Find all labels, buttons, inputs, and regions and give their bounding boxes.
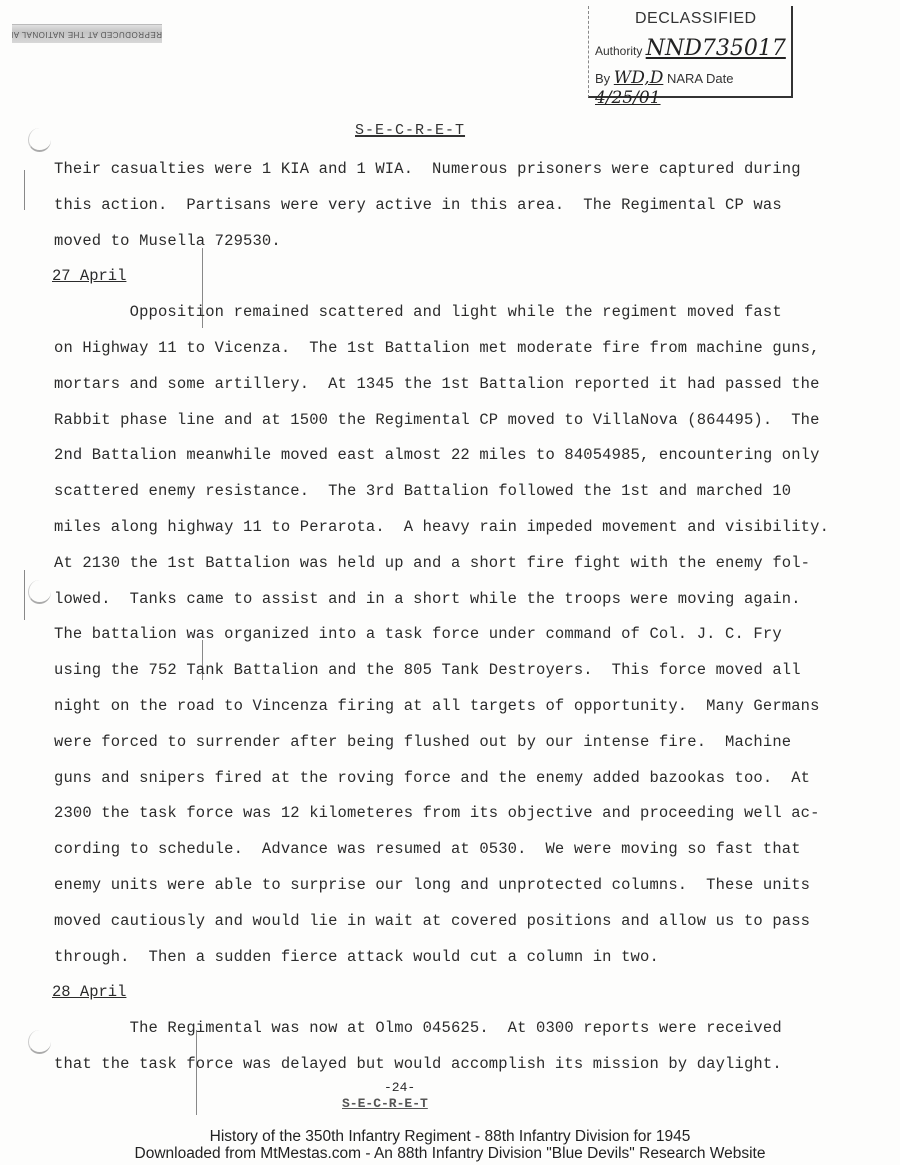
text-line: enemy units were able to surprise our lo…	[54, 876, 810, 894]
text-line: guns and snipers fired at the roving for…	[54, 769, 810, 787]
text-line: The battalion was organized into a task …	[54, 625, 782, 643]
footer-title: History of the 350th Infantry Regiment -…	[0, 1128, 900, 1146]
punch-hole-mark	[28, 580, 51, 604]
text-line: through. Then a sudden fierce attack wou…	[54, 948, 659, 966]
authority-value: NND735017	[646, 36, 786, 61]
text-line: scattered enemy resistance. The 3rd Batt…	[54, 482, 791, 500]
classification-marking-top: S-E-C-R-E-T	[355, 122, 465, 139]
text-line: on Highway 11 to Vicenza. The 1st Battal…	[54, 339, 820, 357]
authority-label: Authority	[595, 44, 642, 58]
text-line: Their casualties were 1 KIA and 1 WIA. N…	[54, 160, 801, 178]
text-line: Opposition remained scattered and light …	[54, 303, 782, 321]
text-line: using the 752 Tank Battalion and the 805…	[54, 661, 801, 679]
nara-date-label: NARA Date	[667, 71, 733, 86]
text-line: 2nd Battalion meanwhile moved east almos…	[54, 446, 820, 464]
text-line: night on the road to Vincenza firing at …	[54, 697, 820, 715]
nara-date-value: 4/25/01	[595, 88, 661, 108]
declassified-title: DECLASSIFIED	[635, 10, 757, 28]
footer-source: Downloaded from MtMestas.com - An 88th I…	[0, 1145, 900, 1163]
text-line: moved to Musella 729530.	[54, 232, 281, 250]
text-line: miles along highway 11 to Perarota. A he…	[54, 518, 829, 536]
punch-hole-mark	[28, 1030, 51, 1054]
text-line: mortars and some artillery. At 1345 the …	[54, 375, 820, 393]
by-label: By	[595, 71, 610, 86]
text-line: The Regimental was now at Olmo 045625. A…	[54, 1019, 782, 1037]
text-line: 2300 the task force was 12 kilometeres f…	[54, 804, 820, 822]
text-line: this action. Partisans were very active …	[54, 196, 782, 214]
margin-mark	[24, 170, 25, 210]
text-line: lowed. Tanks came to assist and in a sho…	[54, 590, 801, 608]
text-line: Rabbit phase line and at 1500 the Regime…	[54, 411, 820, 429]
declassified-stamp: DECLASSIFIED Authority NND735017 By WD,D…	[588, 6, 793, 98]
punch-hole-mark	[28, 128, 51, 152]
margin-mark	[24, 570, 25, 620]
authority-row: Authority NND735017	[595, 36, 786, 61]
page-number: -24-	[384, 1080, 415, 1095]
text-line: cording to schedule. Advance was resumed…	[54, 840, 801, 858]
date-heading: 27 April	[52, 267, 126, 285]
by-date-row: By WD,D NARA Date 4/25/01	[595, 68, 791, 108]
text-line: were forced to surrender after being flu…	[54, 733, 791, 751]
text-line: moved cautiously and would lie in wait a…	[54, 912, 810, 930]
by-value: WD,D	[614, 68, 664, 88]
classification-marking-bottom: S-E-C-R-E-T	[342, 1096, 428, 1111]
text-line: that the task force was delayed but woul…	[54, 1055, 782, 1073]
nara-reproduction-stamp: REPRODUCED AT THE NATIONAL ARCHIVES	[12, 24, 162, 43]
date-heading: 28 April	[52, 983, 126, 1001]
text-line: At 2130 the 1st Battalion was held up an…	[54, 554, 810, 572]
